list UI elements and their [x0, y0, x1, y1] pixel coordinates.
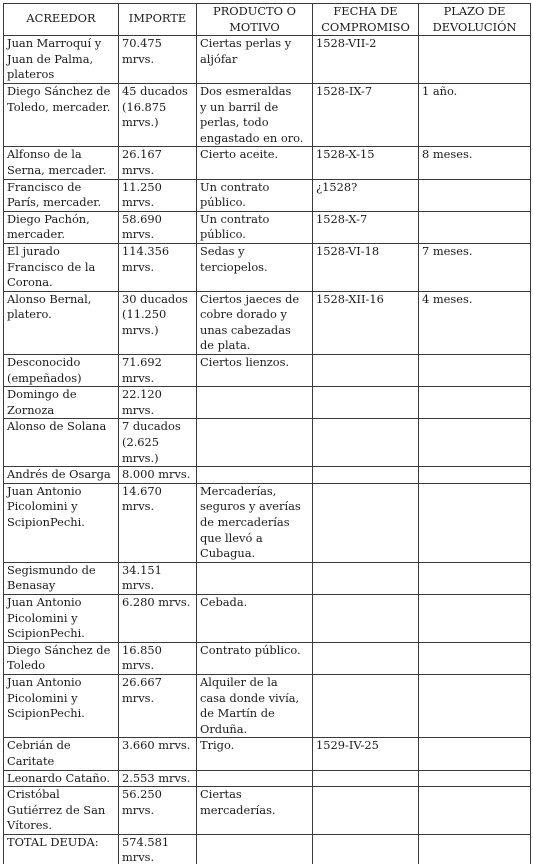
cell-acreedor: Diego Sánchez de Toledo — [4, 642, 119, 674]
cell-importe: 16.850 mrvs. — [119, 642, 197, 674]
cell-producto — [197, 562, 313, 594]
cell-fecha — [313, 387, 419, 419]
cell-plazo — [419, 387, 531, 419]
cell-importe: 8.000 mrvs. — [119, 467, 197, 484]
cell-plazo — [419, 36, 531, 84]
cell-fecha — [313, 594, 419, 642]
cell-plazo — [419, 355, 531, 387]
cell-producto: Un contrato público. — [197, 211, 313, 243]
table-row: Cristóbal Gutiérrez de San Vítores.56.25… — [4, 787, 531, 835]
cell-acreedor: Domingo de Zornoza — [4, 387, 119, 419]
table-row: Francisco de París, mercader.11.250 mrvs… — [4, 179, 531, 211]
cell-acreedor: Cebrián de Caritate — [4, 738, 119, 770]
table-row: Leonardo Cataño.2.553 mrvs. — [4, 770, 531, 787]
cell-importe: 6.280 mrvs. — [119, 594, 197, 642]
cell-acreedor: Diego Sánchez de Toledo, mercader. — [4, 83, 119, 146]
cell-fecha: 1528-X-15 — [313, 147, 419, 179]
cell-fecha: 1528-XII-16 — [313, 291, 419, 354]
cell-producto: Cebada. — [197, 594, 313, 642]
cell-importe: 56.250 mrvs. — [119, 787, 197, 835]
cell-fecha: ¿1528? — [313, 179, 419, 211]
table-row: Desconocido (empeñados)71.692 mrvs.Ciert… — [4, 355, 531, 387]
cell-importe: 70.475 mrvs. — [119, 36, 197, 84]
cell-producto — [197, 834, 313, 864]
cell-fecha — [313, 467, 419, 484]
cell-fecha — [313, 483, 419, 562]
cell-plazo: 8 meses. — [419, 147, 531, 179]
cell-plazo — [419, 642, 531, 674]
cell-acreedor: Diego Pachón, mercader. — [4, 211, 119, 243]
cell-fecha — [313, 834, 419, 864]
cell-producto: Ciertas mercaderías. — [197, 787, 313, 835]
cell-plazo — [419, 483, 531, 562]
header-importe: IMPORTE — [119, 4, 197, 36]
cell-producto: Mercaderías, seguros y averías de mercad… — [197, 483, 313, 562]
table-row: Diego Sánchez de Toledo, mercader.45 duc… — [4, 83, 531, 146]
header-producto-motivo: PRODUCTO O MOTIVO — [197, 4, 313, 36]
table-row: Alonso Bernal, platero.30 ducados (11.25… — [4, 291, 531, 354]
cell-producto: Un contrato público. — [197, 179, 313, 211]
cell-producto: Ciertos jaeces de cobre dorado y unas ca… — [197, 291, 313, 354]
cell-plazo: 1 año. — [419, 83, 531, 146]
cell-plazo: 4 meses. — [419, 291, 531, 354]
cell-producto: Sedas y terciopelos. — [197, 243, 313, 291]
cell-importe: 71.692 mrvs. — [119, 355, 197, 387]
cell-producto: Alquiler de la casa donde vivía, de Mart… — [197, 674, 313, 737]
table-row: El jurado Francisco de la Corona.114.356… — [4, 243, 531, 291]
table-row: Domingo de Zornoza22.120 mrvs. — [4, 387, 531, 419]
table-row: Cebrián de Caritate3.660 mrvs.Trigo.1529… — [4, 738, 531, 770]
cell-plazo — [419, 562, 531, 594]
header-plazo-devolucion: PLAZO DE DEVOLUCIÓN — [419, 4, 531, 36]
cell-fecha — [313, 419, 419, 467]
cell-plazo — [419, 787, 531, 835]
cell-producto: Ciertas perlas y aljófar — [197, 36, 313, 84]
table-body: Juan Marroquí y Juan de Palma, plateros7… — [4, 36, 531, 864]
cell-acreedor: Andrés de Osarga — [4, 467, 119, 484]
cell-acreedor: Leonardo Cataño. — [4, 770, 119, 787]
cell-fecha — [313, 562, 419, 594]
cell-acreedor: Juan Marroquí y Juan de Palma, plateros — [4, 36, 119, 84]
cell-producto — [197, 387, 313, 419]
header-row: ACREEDOR IMPORTE PRODUCTO O MOTIVO FECHA… — [4, 4, 531, 36]
cell-plazo — [419, 179, 531, 211]
cell-importe: 58.690 mrvs. — [119, 211, 197, 243]
table-row: Juan Antonio Picolomini y ScipionPechi.6… — [4, 594, 531, 642]
cell-acreedor: El jurado Francisco de la Corona. — [4, 243, 119, 291]
cell-producto: Cierto aceite. — [197, 147, 313, 179]
cell-acreedor: Juan Antonio Picolomini y ScipionPechi. — [4, 674, 119, 737]
cell-importe: 11.250 mrvs. — [119, 179, 197, 211]
cell-importe: 14.670 mrvs. — [119, 483, 197, 562]
cell-importe: 26.667 mrvs. — [119, 674, 197, 737]
table-row: Diego Pachón, mercader.58.690 mrvs.Un co… — [4, 211, 531, 243]
cell-producto: Contrato público. — [197, 642, 313, 674]
cell-acreedor: Alonso de Solana — [4, 419, 119, 467]
cell-acreedor: Desconocido (empeñados) — [4, 355, 119, 387]
cell-producto: Trigo. — [197, 738, 313, 770]
table-row: Juan Marroquí y Juan de Palma, plateros7… — [4, 36, 531, 84]
table-row: Diego Sánchez de Toledo16.850 mrvs.Contr… — [4, 642, 531, 674]
cell-importe: 45 ducados (16.875 mrvs.) — [119, 83, 197, 146]
table-row: Juan Antonio Picolomini y ScipionPechi.1… — [4, 483, 531, 562]
table-row: Alonso de Solana7 ducados (2.625 mrvs.) — [4, 419, 531, 467]
cell-producto — [197, 419, 313, 467]
cell-acreedor: Alonso Bernal, platero. — [4, 291, 119, 354]
cell-importe: 26.167 mrvs. — [119, 147, 197, 179]
cell-acreedor: Cristóbal Gutiérrez de San Vítores. — [4, 787, 119, 835]
cell-importe: 574.581 mrvs. — [119, 834, 197, 864]
cell-acreedor: Juan Antonio Picolomini y ScipionPechi. — [4, 594, 119, 642]
cell-acreedor: Alfonso de la Serna, mercader. — [4, 147, 119, 179]
cell-producto — [197, 770, 313, 787]
cell-importe: 34.151 mrvs. — [119, 562, 197, 594]
cell-fecha — [313, 674, 419, 737]
cell-fecha: 1528-X-7 — [313, 211, 419, 243]
cell-acreedor: TOTAL DEUDA: — [4, 834, 119, 864]
creditors-table: ACREEDOR IMPORTE PRODUCTO O MOTIVO FECHA… — [3, 3, 531, 864]
cell-producto: Dos esmeraldas y un barril de perlas, to… — [197, 83, 313, 146]
cell-plazo: 7 meses. — [419, 243, 531, 291]
cell-acreedor: Francisco de París, mercader. — [4, 179, 119, 211]
cell-acreedor: Juan Antonio Picolomini y ScipionPechi. — [4, 483, 119, 562]
cell-plazo — [419, 770, 531, 787]
cell-plazo — [419, 834, 531, 864]
table-row: Segismundo de Benasay34.151 mrvs. — [4, 562, 531, 594]
cell-plazo — [419, 674, 531, 737]
cell-acreedor: Segismundo de Benasay — [4, 562, 119, 594]
cell-fecha: 1528-IX-7 — [313, 83, 419, 146]
table-row: Andrés de Osarga8.000 mrvs. — [4, 467, 531, 484]
cell-importe: 30 ducados (11.250 mrvs.) — [119, 291, 197, 354]
cell-importe: 114.356 mrvs. — [119, 243, 197, 291]
cell-importe: 22.120 mrvs. — [119, 387, 197, 419]
cell-importe: 7 ducados (2.625 mrvs.) — [119, 419, 197, 467]
cell-fecha: 1528-VI-18 — [313, 243, 419, 291]
header-fecha-compromiso: FECHA DE COMPROMISO — [313, 4, 419, 36]
cell-plazo — [419, 594, 531, 642]
cell-producto — [197, 467, 313, 484]
table-row: Juan Antonio Picolomini y ScipionPechi.2… — [4, 674, 531, 737]
cell-fecha — [313, 642, 419, 674]
table-row: TOTAL DEUDA:574.581 mrvs. — [4, 834, 531, 864]
cell-plazo — [419, 738, 531, 770]
cell-fecha: 1528-VII-2 — [313, 36, 419, 84]
cell-fecha — [313, 787, 419, 835]
cell-fecha — [313, 355, 419, 387]
cell-plazo — [419, 467, 531, 484]
cell-fecha — [313, 770, 419, 787]
cell-fecha: 1529-IV-25 — [313, 738, 419, 770]
cell-plazo — [419, 419, 531, 467]
cell-importe: 3.660 mrvs. — [119, 738, 197, 770]
cell-importe: 2.553 mrvs. — [119, 770, 197, 787]
header-acreedor: ACREEDOR — [4, 4, 119, 36]
table-row: Alfonso de la Serna, mercader.26.167 mrv… — [4, 147, 531, 179]
cell-producto: Ciertos lienzos. — [197, 355, 313, 387]
cell-plazo — [419, 211, 531, 243]
